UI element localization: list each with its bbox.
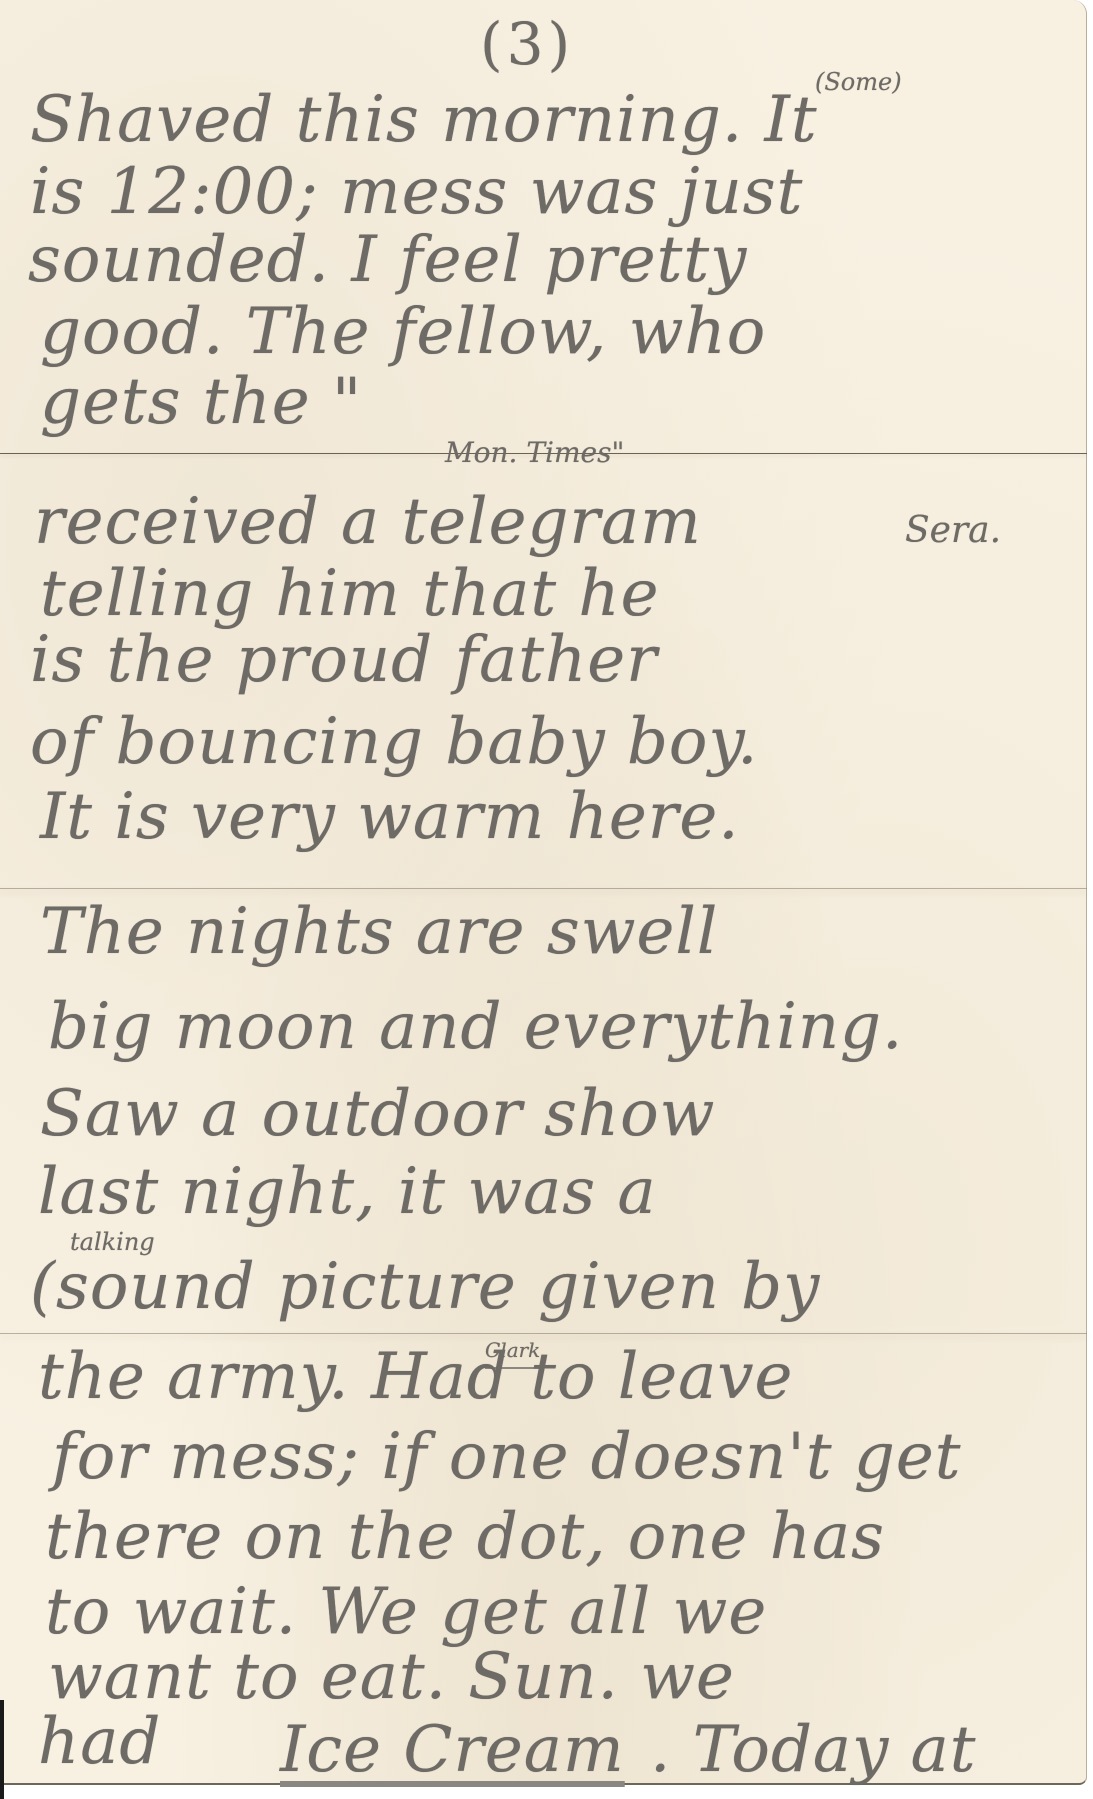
letter-line: Shaved this morning. It xyxy=(30,88,818,152)
letter-line: had xyxy=(38,1710,161,1774)
letter-line: there on the dot, one has xyxy=(45,1505,885,1569)
letter-page: (3) (Some) Shaved this morning. It is 12… xyxy=(0,0,1087,1785)
letter-line: last night, it was a xyxy=(38,1160,657,1224)
page-number: (3) xyxy=(480,10,574,78)
letter-line: the army. Had to leave xyxy=(38,1345,793,1409)
letter-line: of bouncing baby boy. xyxy=(30,710,758,774)
annotation-some: (Some) xyxy=(815,68,902,96)
scan-border xyxy=(0,1700,4,1799)
letter-line: good. The fellow, who xyxy=(40,300,766,364)
letter-line: The nights are swell xyxy=(40,900,718,964)
letter-line: (sound picture given by xyxy=(30,1255,820,1319)
letter-line: Saw a outdoor show xyxy=(40,1082,715,1146)
letter-line: . Today at xyxy=(650,1718,976,1782)
fold-line xyxy=(0,1333,1087,1334)
annotation-sera: Sera. xyxy=(905,510,1001,551)
letter-line: telling him that he xyxy=(40,562,660,626)
letter-line: big moon and everything. xyxy=(48,995,903,1059)
letter-line: is 12:00; mess was just xyxy=(30,160,803,224)
letter-line: sounded. I feel pretty xyxy=(28,228,747,292)
letter-line: to wait. We get all we xyxy=(45,1580,767,1644)
letter-word-ice-cream: Ice Cream xyxy=(280,1718,625,1782)
annotation-mon-times: Mon. Times" xyxy=(445,436,624,469)
letter-line: is the proud father xyxy=(30,628,658,692)
letter-line: want to eat. Sun. we xyxy=(48,1645,735,1709)
letter-line: for mess; if one doesn't get xyxy=(52,1425,961,1489)
letter-line: received a telegram xyxy=(34,490,702,554)
letter-line: gets the " xyxy=(40,370,362,434)
letter-line: It is very warm here. xyxy=(40,785,740,849)
fold-line xyxy=(0,888,1087,889)
